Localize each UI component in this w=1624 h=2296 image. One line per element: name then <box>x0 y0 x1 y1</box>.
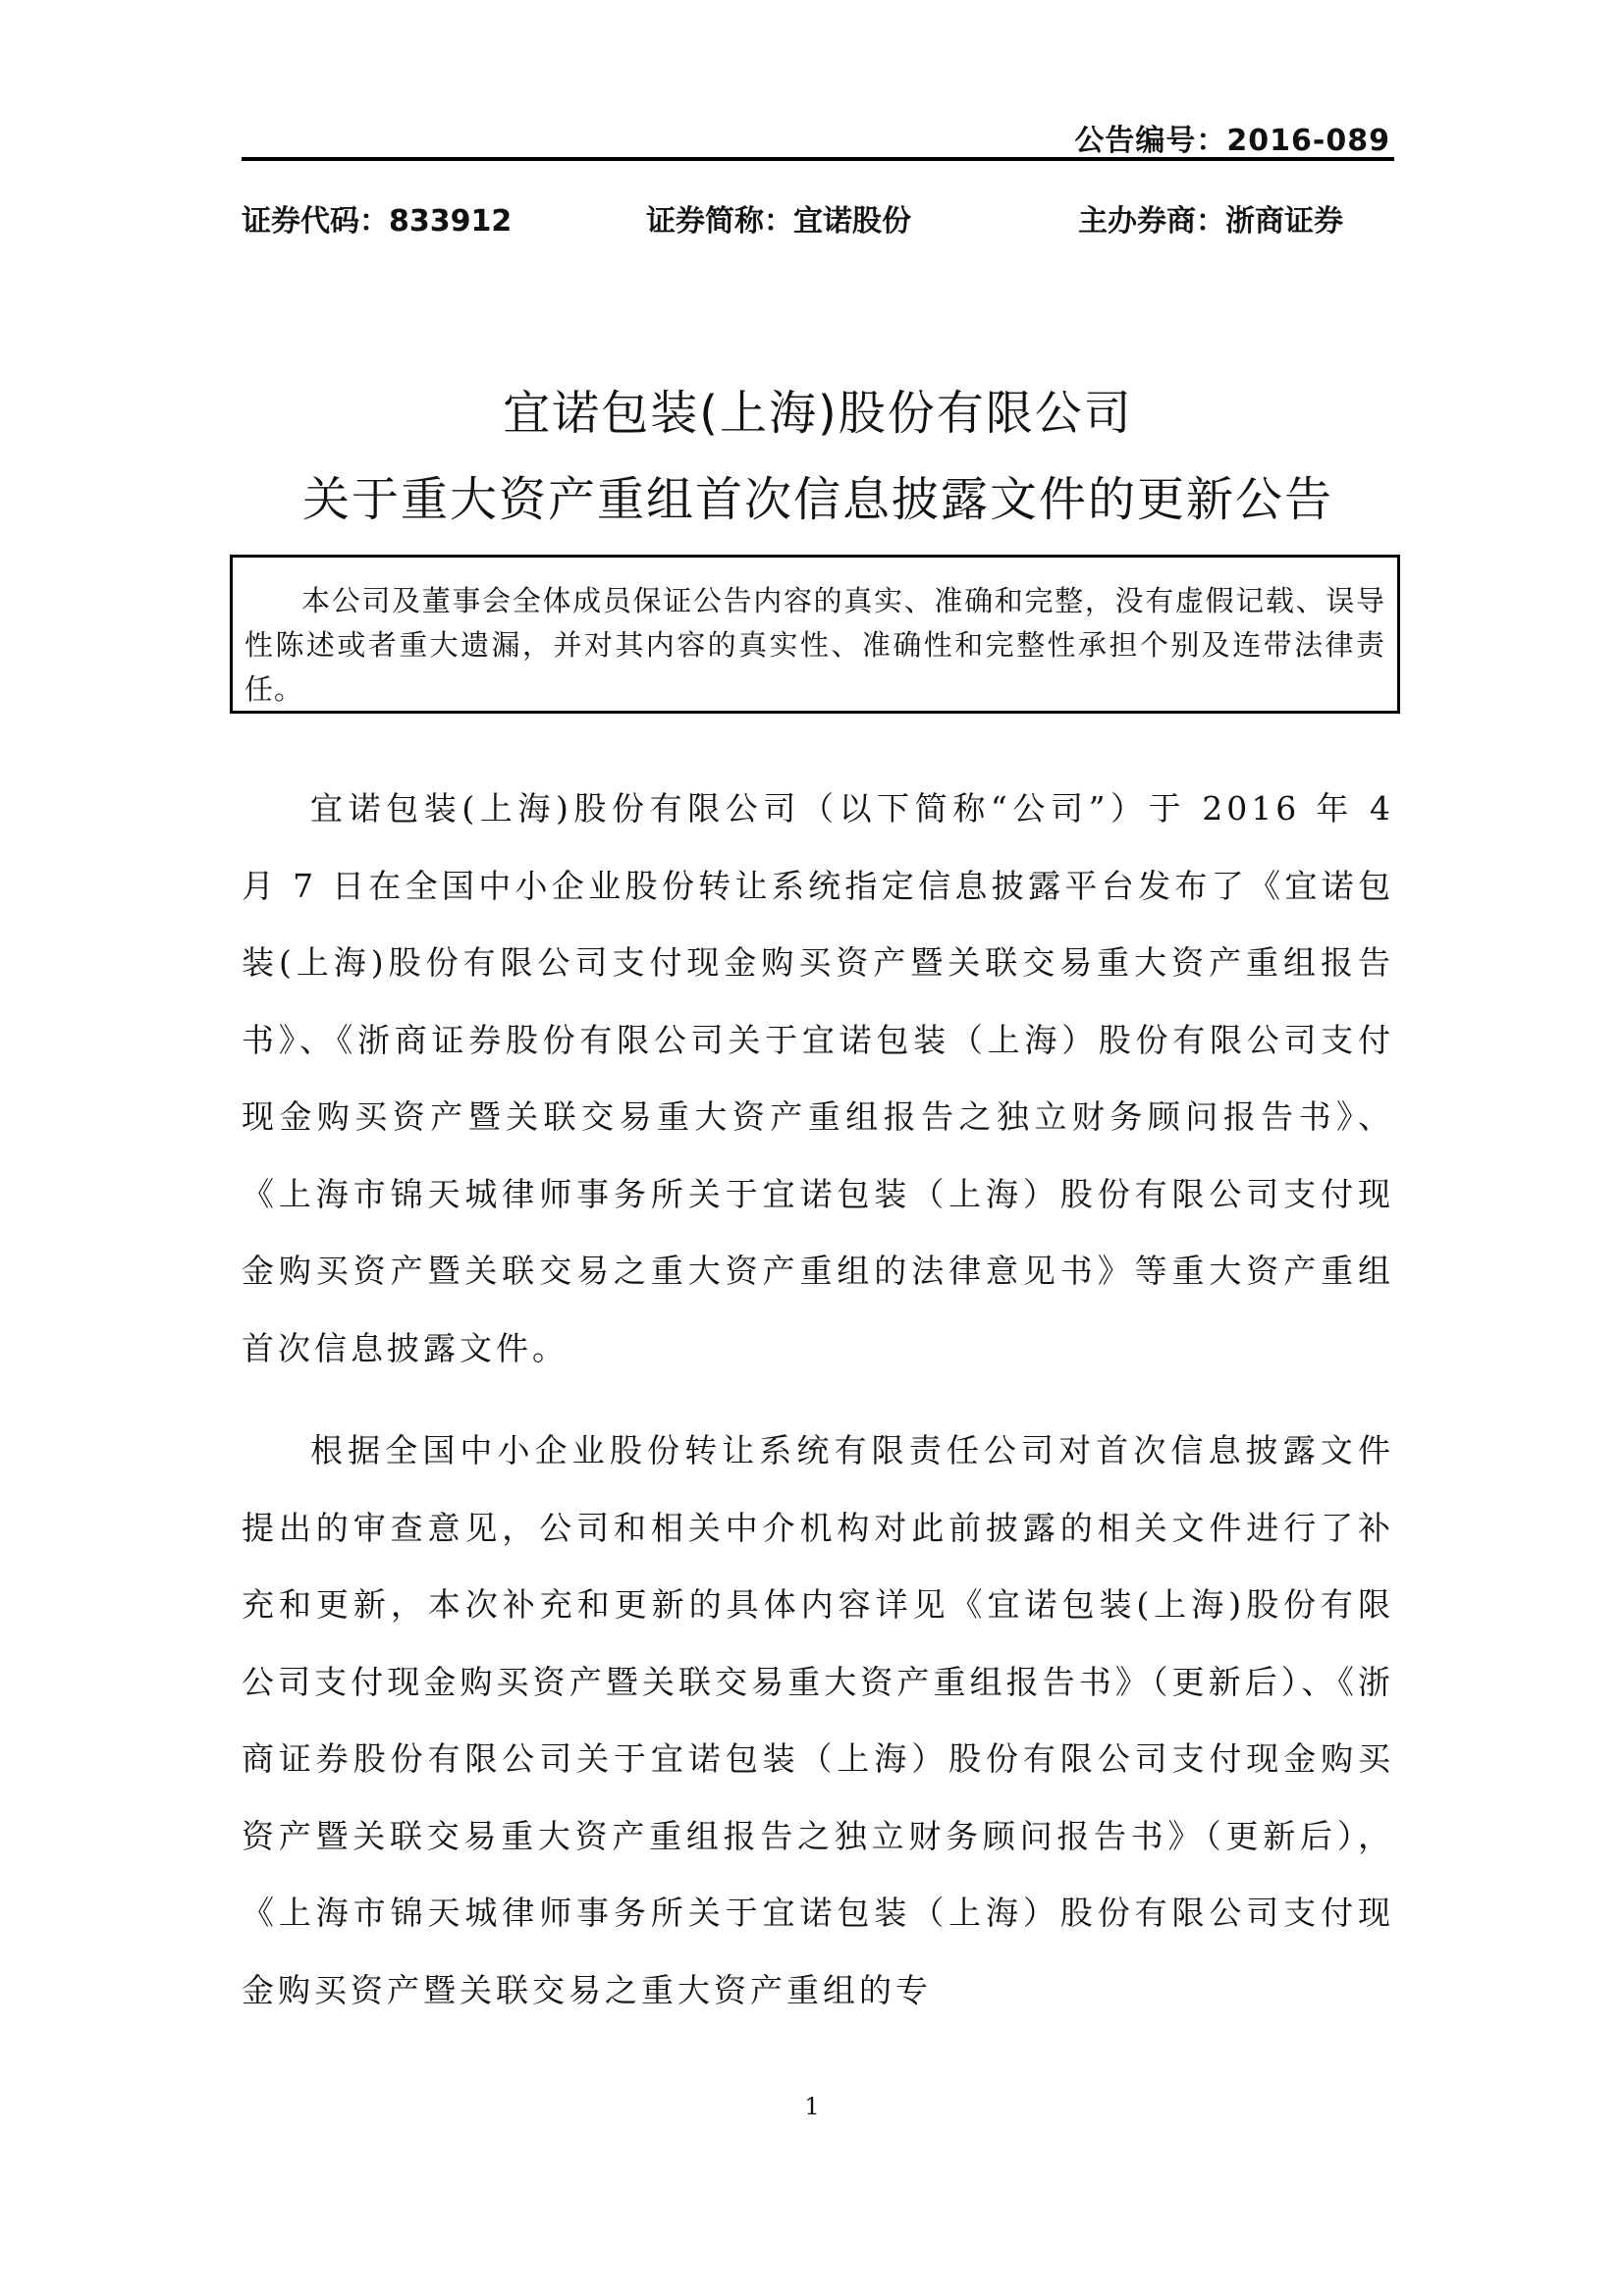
security-code: 证券代码：833912 <box>242 196 512 240</box>
securities-info-row: 证券代码：833912 证券简称：宜诺股份 主办券商：浙商证券 <box>242 196 1394 240</box>
body-paragraph: 根据全国中小企业股份转让系统有限责任公司对首次信息披露文件提出的审查意见，公司和… <box>242 1413 1394 2029</box>
announcement-number: 公告编号：2016-089 <box>1074 116 1390 159</box>
page-number: 1 <box>0 2093 1624 2120</box>
body-paragraph: 宜诺包装(上海)股份有限公司（以下简称“公司”）于 2016 年 4 月 7 日… <box>242 771 1394 1387</box>
document-title-line2: 关于重大资产重组首次信息披露文件的更新公告 <box>242 461 1394 529</box>
sponsor-broker: 主办券商：浙商证券 <box>1078 196 1343 240</box>
board-statement-box: 本公司及董事会全体成员保证公告内容的真实、准确和完整，没有虚假记载、误导性陈述或… <box>230 555 1400 714</box>
document-title-line1: 宜诺包装(上海)股份有限公司 <box>242 375 1394 443</box>
security-short-name: 证券简称：宜诺股份 <box>646 196 911 240</box>
document-page: 公告编号：2016-089 证券代码：833912 证券简称：宜诺股份 主办券商… <box>0 0 1624 2296</box>
header-rule <box>242 157 1394 161</box>
document-body: 宜诺包装(上海)股份有限公司（以下简称“公司”）于 2016 年 4 月 7 日… <box>242 771 1394 2029</box>
